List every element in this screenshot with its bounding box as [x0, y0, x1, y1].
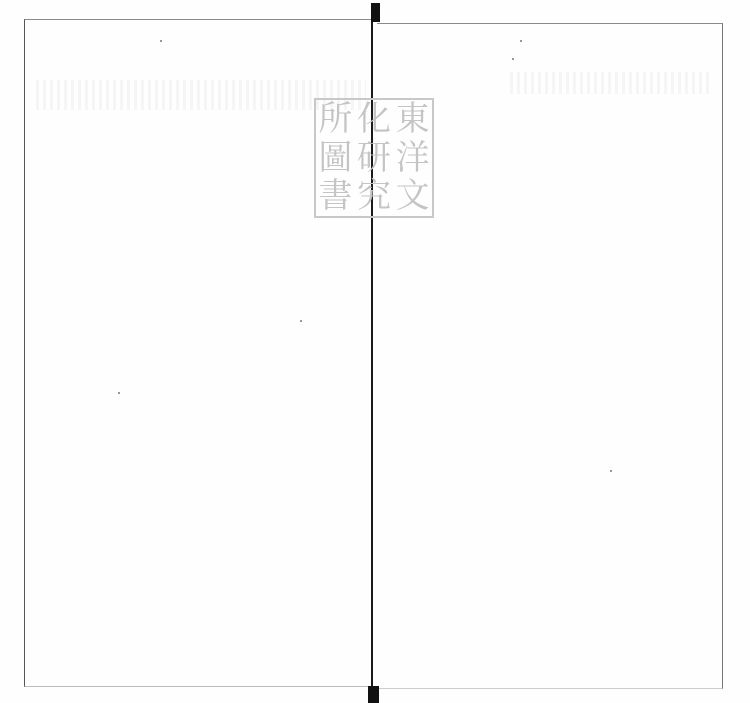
seal-char: 研 [355, 139, 394, 178]
scan-speck [520, 40, 522, 42]
library-seal: 東 洋 文 化 研 究 所 圖 書 [314, 98, 434, 218]
seal-char: 洋 [393, 139, 432, 178]
seal-char: 圖 [316, 139, 355, 178]
seal-char: 究 [355, 177, 394, 216]
scanned-page-spread: 東 洋 文 化 研 究 所 圖 書 [0, 0, 750, 703]
scan-speck [512, 58, 514, 60]
seal-char: 所 [316, 100, 355, 139]
scan-speck [118, 392, 120, 394]
spine-marker-top [371, 3, 380, 22]
seal-char: 文 [393, 177, 432, 216]
seal-char: 東 [393, 100, 432, 139]
scan-speck [610, 470, 612, 472]
scan-speck [160, 40, 162, 42]
seal-char: 化 [355, 100, 394, 139]
scan-speck [300, 320, 302, 322]
spine-marker-bottom [368, 686, 379, 703]
seal-char: 書 [316, 177, 355, 216]
